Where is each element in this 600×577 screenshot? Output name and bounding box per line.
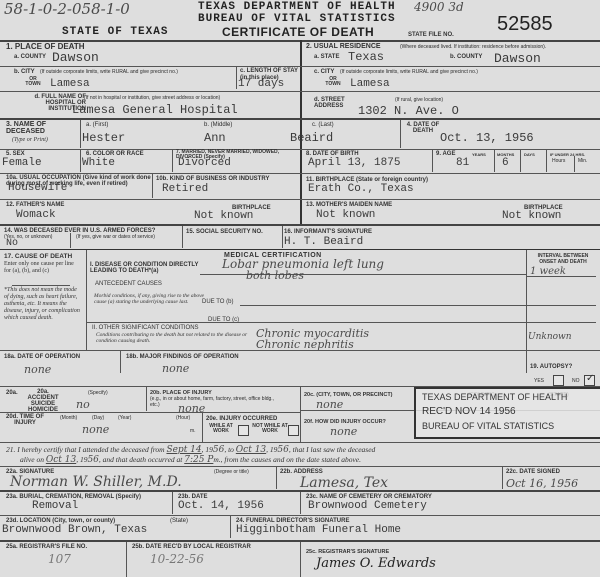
mother-name: Not known [316,209,375,221]
date-of-birth: April 13, 1875 [308,157,400,169]
while-at-work-label: WHILE AT WORK [206,424,236,434]
state-heading: STATE OF TEXAS [62,26,168,38]
interval-label: INTERVAL BETWEEN ONSET AND DEATH [530,253,596,265]
date-of-death: Oct. 13, 1956 [440,131,534,145]
date-signed-label: 22c. DATE SIGNED [506,468,560,476]
alive-date: Oct 13 [46,455,76,465]
death-time: 7:25 P [184,455,213,465]
autopsy-label: 19. AUTOPSY? [530,363,572,371]
res-or-town-label: OR TOWN [322,77,344,87]
age-label: 9. AGE [436,150,455,158]
registrar-date-label: 25b. DATE REC'D BY LOCAL REGISTRAR [132,543,251,551]
attend-from-year: 56 [213,445,224,455]
county-label: a. COUNTY [14,53,46,61]
burial-date: Oct. 14, 1956 [178,500,264,512]
certify-line2: alive on Oct 13, 1956, and that death oc… [20,455,361,465]
hospital-note: (If not in hospital or institution, give… [84,95,220,101]
res-county: Dawson [494,51,541,66]
op-findings-label: 18b. MAJOR FINDINGS OF OPERATION [126,353,239,361]
res-state-label: a. STATE [314,53,339,61]
physician-signature: Norman W. Shiller, M.D. [10,474,182,490]
part2-note: Conditions contributing to the death but… [96,332,256,344]
registrar-signature-label: 25c. REGISTRAR'S SIGNATURE [306,548,389,556]
first-label: a. (First) [86,122,108,128]
place-of-injury-note: (e.g., in or about home, farm, factory, … [150,396,280,408]
res-state: Texas [348,50,384,64]
registrar-file-label: 25a. REGISTRAR'S FILE NO. [6,543,87,551]
street-label: d. STREET ADDRESS [314,97,356,109]
ssn-label: 15. SOCIAL SECURITY NO. [186,228,263,236]
hour-label: (Hour) [176,415,190,421]
certificate-title: CERTIFICATE OF DEATH [222,25,374,39]
received-stamp: TEXAS DEPARTMENT OF HEALTH REC'D NOV 14 … [414,387,600,439]
day-label: (Day) [92,415,104,421]
sex: Female [2,157,42,169]
op-date-label: 18a. DATE OF OPERATION [4,353,80,361]
op-findings: none [162,362,189,375]
cause-a-continued: both lobes [246,269,304,282]
funeral-director: Higginbotham Funeral Home [236,524,401,536]
not-while-at-work-checkbox[interactable] [288,425,299,436]
injury-occurred-label: 20e. INJURY OCCURRED [206,415,277,423]
part1-label: I. DISEASE OR CONDITION DIRECTLY LEADING… [90,262,200,274]
autopsy-no-label: NO [572,378,580,384]
or-town-label: OR TOWN [22,77,44,87]
dept-line2: BUREAU OF VITAL STATISTICS [198,13,396,25]
degree-label: (Degree or title) [214,469,249,475]
res-county-label: b. COUNTY [450,53,482,61]
check-mark-icon: ✓ [586,373,594,384]
attend-from: Sept 14 [166,445,201,455]
registrar-file-no: 107 [48,552,71,566]
stamp-line1: TEXAS DEPARTMENT OF HEALTH [422,392,567,402]
business: Retired [162,183,208,195]
death-city-label: b. CITY [14,68,35,76]
stamp-line2: REC'D NOV 14 1956 [422,406,516,417]
state-file-label: STATE FILE NO. [408,31,454,39]
time-of-injury-label: 20d. TIME OF INJURY [6,414,44,426]
while-at-work-checkbox[interactable] [238,425,249,436]
death-certificate: 58-1-0-2-058-1-0 TEXAS DEPARTMENT OF HEA… [0,0,600,577]
other-interval: Unknown [528,332,572,342]
cemetery: Brownwood Cemetery [308,500,427,512]
time-of-injury: none [82,423,109,436]
state-file-number: 52585 [497,13,553,36]
registrar-date: 10-22-56 [150,552,204,566]
informant-label: 16. INFORMANT'S SIGNATURE [284,228,372,236]
mother-label: 13. MOTHER'S MAIDEN NAME [306,201,392,209]
antecedent-label: ANTECEDENT CAUSES [95,280,162,288]
business-label: 10b. KIND OF BUSINESS OR INDUSTRY [156,175,269,183]
antecedent-note: Morbid conditions, if any, giving rise t… [94,293,216,305]
accident-specify: (Specify) [88,390,108,396]
dept-line1: TEXAS DEPARTMENT OF HEALTH [198,1,396,13]
race: White [82,157,115,169]
armed-forces: No [6,238,18,249]
accident: no [76,398,90,411]
age-days-label: DAYS [524,151,535,159]
cause-instructions: Enter only one cause per line for (a), (… [4,261,80,275]
date-of-death-label: 4. DATE OF DEATH [406,122,440,134]
age-years-label: YEARS [472,151,486,159]
marital-status: Divorced [178,157,231,169]
stamp-line3: BUREAU OF VITAL STATISTICS [422,421,554,431]
autopsy-yes-checkbox[interactable] [553,375,564,386]
date-signed: Oct 16, 1956 [506,477,578,490]
minutes-label: Min. [578,158,587,164]
attend-to-year: 56 [277,445,288,455]
birthplace: Erath Co., Texas [308,183,414,195]
father-name: Womack [16,209,56,221]
burial-location-state-label: (State) [170,518,188,524]
name-sub: (Type or Print) [12,137,48,144]
occupation: Housewife [8,182,67,194]
middle-label: b. (Middle) [204,122,232,128]
age-years: 81 [456,157,469,169]
cause-footnote: *This does not mean the mode of dying, s… [4,287,80,322]
hours-label: Hours [552,158,565,164]
name-label: 3. NAME OF DECEASED [6,121,66,135]
month-label: (Month) [60,415,77,421]
year-label: (Year) [118,415,131,421]
m-label: m. [190,428,196,434]
death-city-note: (If outside corporate limits, write RURA… [40,69,178,75]
armed-note2: (If yes, give war or dates of service) [76,234,155,240]
res-city-note: (If outside corporate limits, write RURA… [340,69,478,75]
death-city: Lamesa [50,78,90,90]
burial-method: Removal [32,500,78,512]
cause-of-death-label: 17. CAUSE OF DEATH [4,253,72,261]
last-name: Beaird [290,131,333,145]
street-note: (If rural, give location) [395,97,443,103]
op-date: none [24,363,51,376]
hospital-name: Lamesa General Hospital [72,103,238,117]
registrar-signature: James O. Edwards [316,556,436,571]
accident-label: 20a. ACCIDENT SUICIDE HOMICIDE [22,389,64,413]
father-birthplace: Not known [194,210,253,222]
physician-address: Lamesa, Tex [300,475,388,491]
res-city: Lamesa [350,78,390,90]
how-injury: none [330,425,357,438]
first-name: Hester [82,131,125,145]
res-city-label: c. CITY [314,68,334,76]
due-to-b-label: DUE TO (b) [202,298,233,306]
informant: H. T. Beaird [284,236,363,248]
attend-to: Oct 13 [236,445,266,455]
father-label: 12. FATHER'S NAME [6,201,64,209]
alive-year: 56 [87,455,98,465]
autopsy-no-checkbox[interactable]: ✓ [584,375,595,386]
usual-residence-note: (Where deceased lived. If institution: r… [400,44,546,50]
handwritten-file-ref: 58-1-0-2-058-1-0 [4,0,130,18]
burial-location: Brownwood Brown, Texas [2,524,147,536]
death-county: Dawson [52,50,99,65]
street-address: 1302 N. Ave. O [358,104,459,118]
mother-birthplace: Not known [502,210,561,222]
certify-line1: 21. I hereby certify that I attended the… [6,445,375,455]
handwritten-note: 4900 3d [414,0,464,14]
length-of-stay: 17 days [238,78,284,90]
last-label: c. (Last) [312,122,334,128]
middle-name: Ann [204,131,226,145]
part2-label: II. OTHER SIGNIFICANT CONDITIONS [92,324,199,332]
autopsy-yes-label: YES [534,378,544,384]
age-months: 6 [502,157,509,169]
not-while-at-work-label: NOT WHILE AT WORK [252,424,288,434]
